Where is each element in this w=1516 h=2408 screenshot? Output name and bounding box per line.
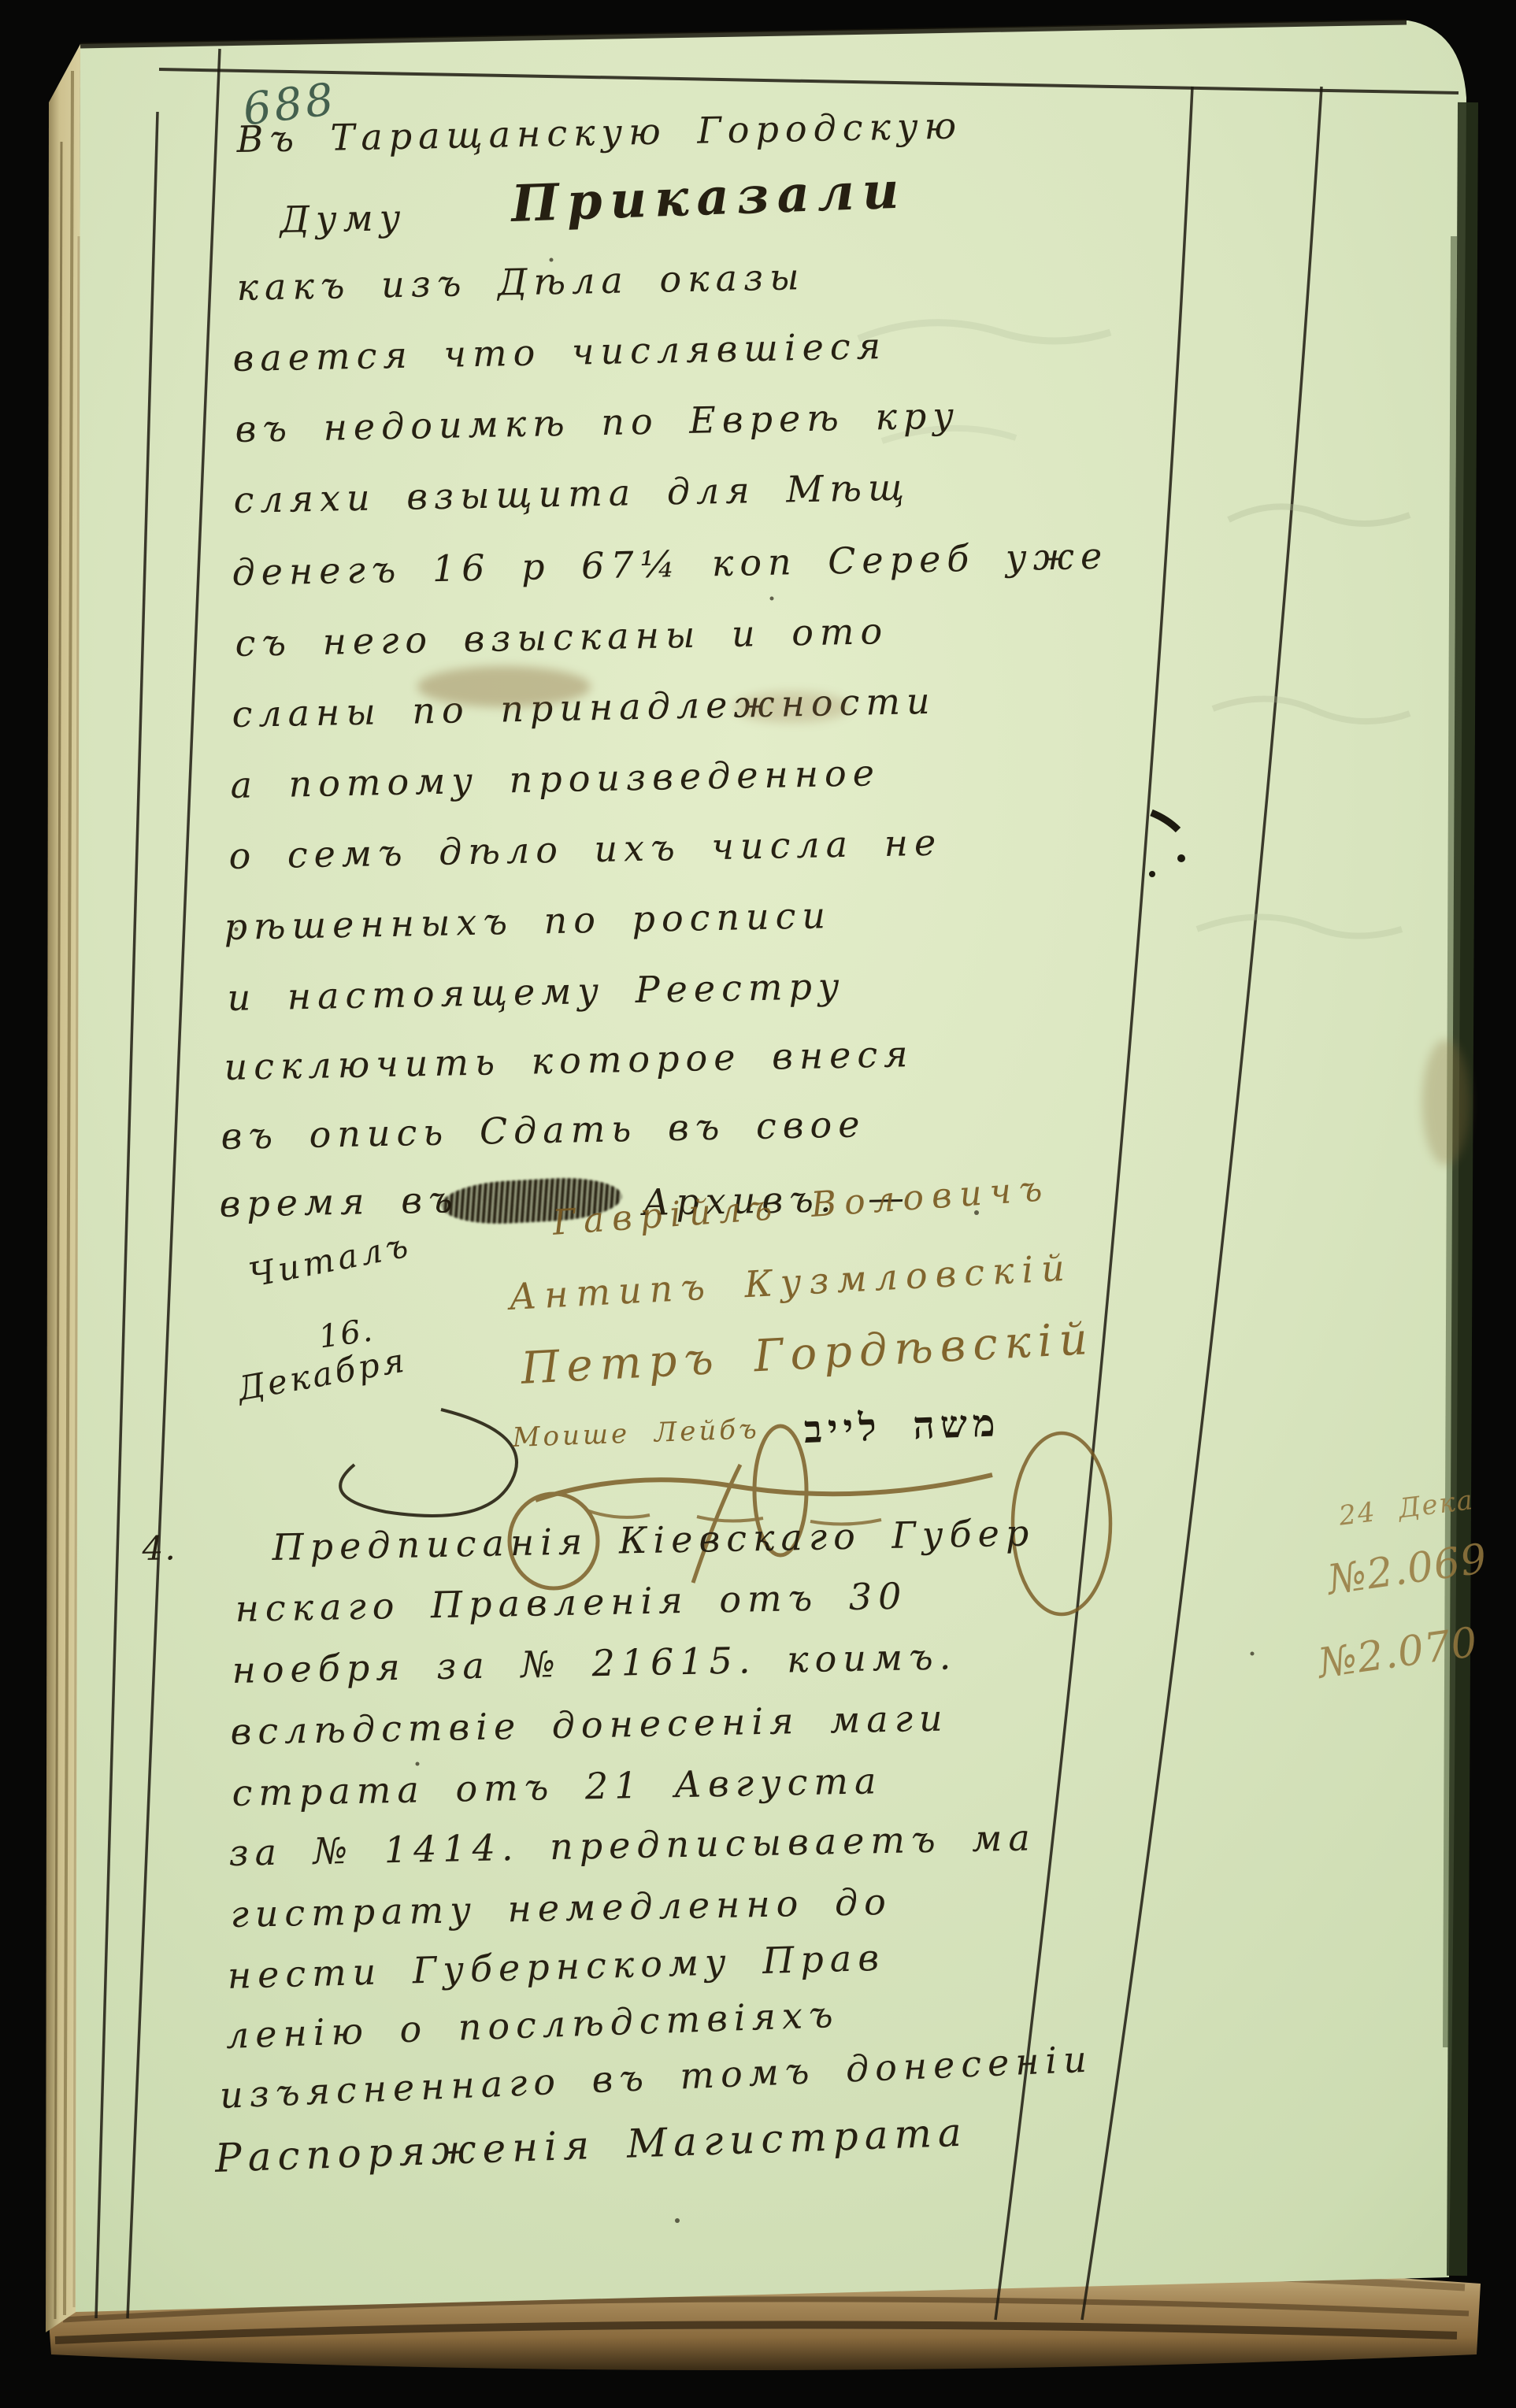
paper-stain	[1422, 1039, 1470, 1165]
signature-4-hebrew: משה לייב	[803, 1401, 1001, 1452]
scanned-archival-page: 688 Въ Таращанскую Городскую Думу Приказ…	[0, 0, 1516, 2408]
ink-smudge	[732, 691, 851, 723]
right-page-edge	[1457, 102, 1468, 2276]
item-number: 4.	[142, 1528, 177, 1568]
ink-smudge	[417, 666, 591, 707]
resolution-last-line-start: время въ	[219, 1178, 459, 1225]
resolution-line: Думу	[280, 196, 407, 241]
